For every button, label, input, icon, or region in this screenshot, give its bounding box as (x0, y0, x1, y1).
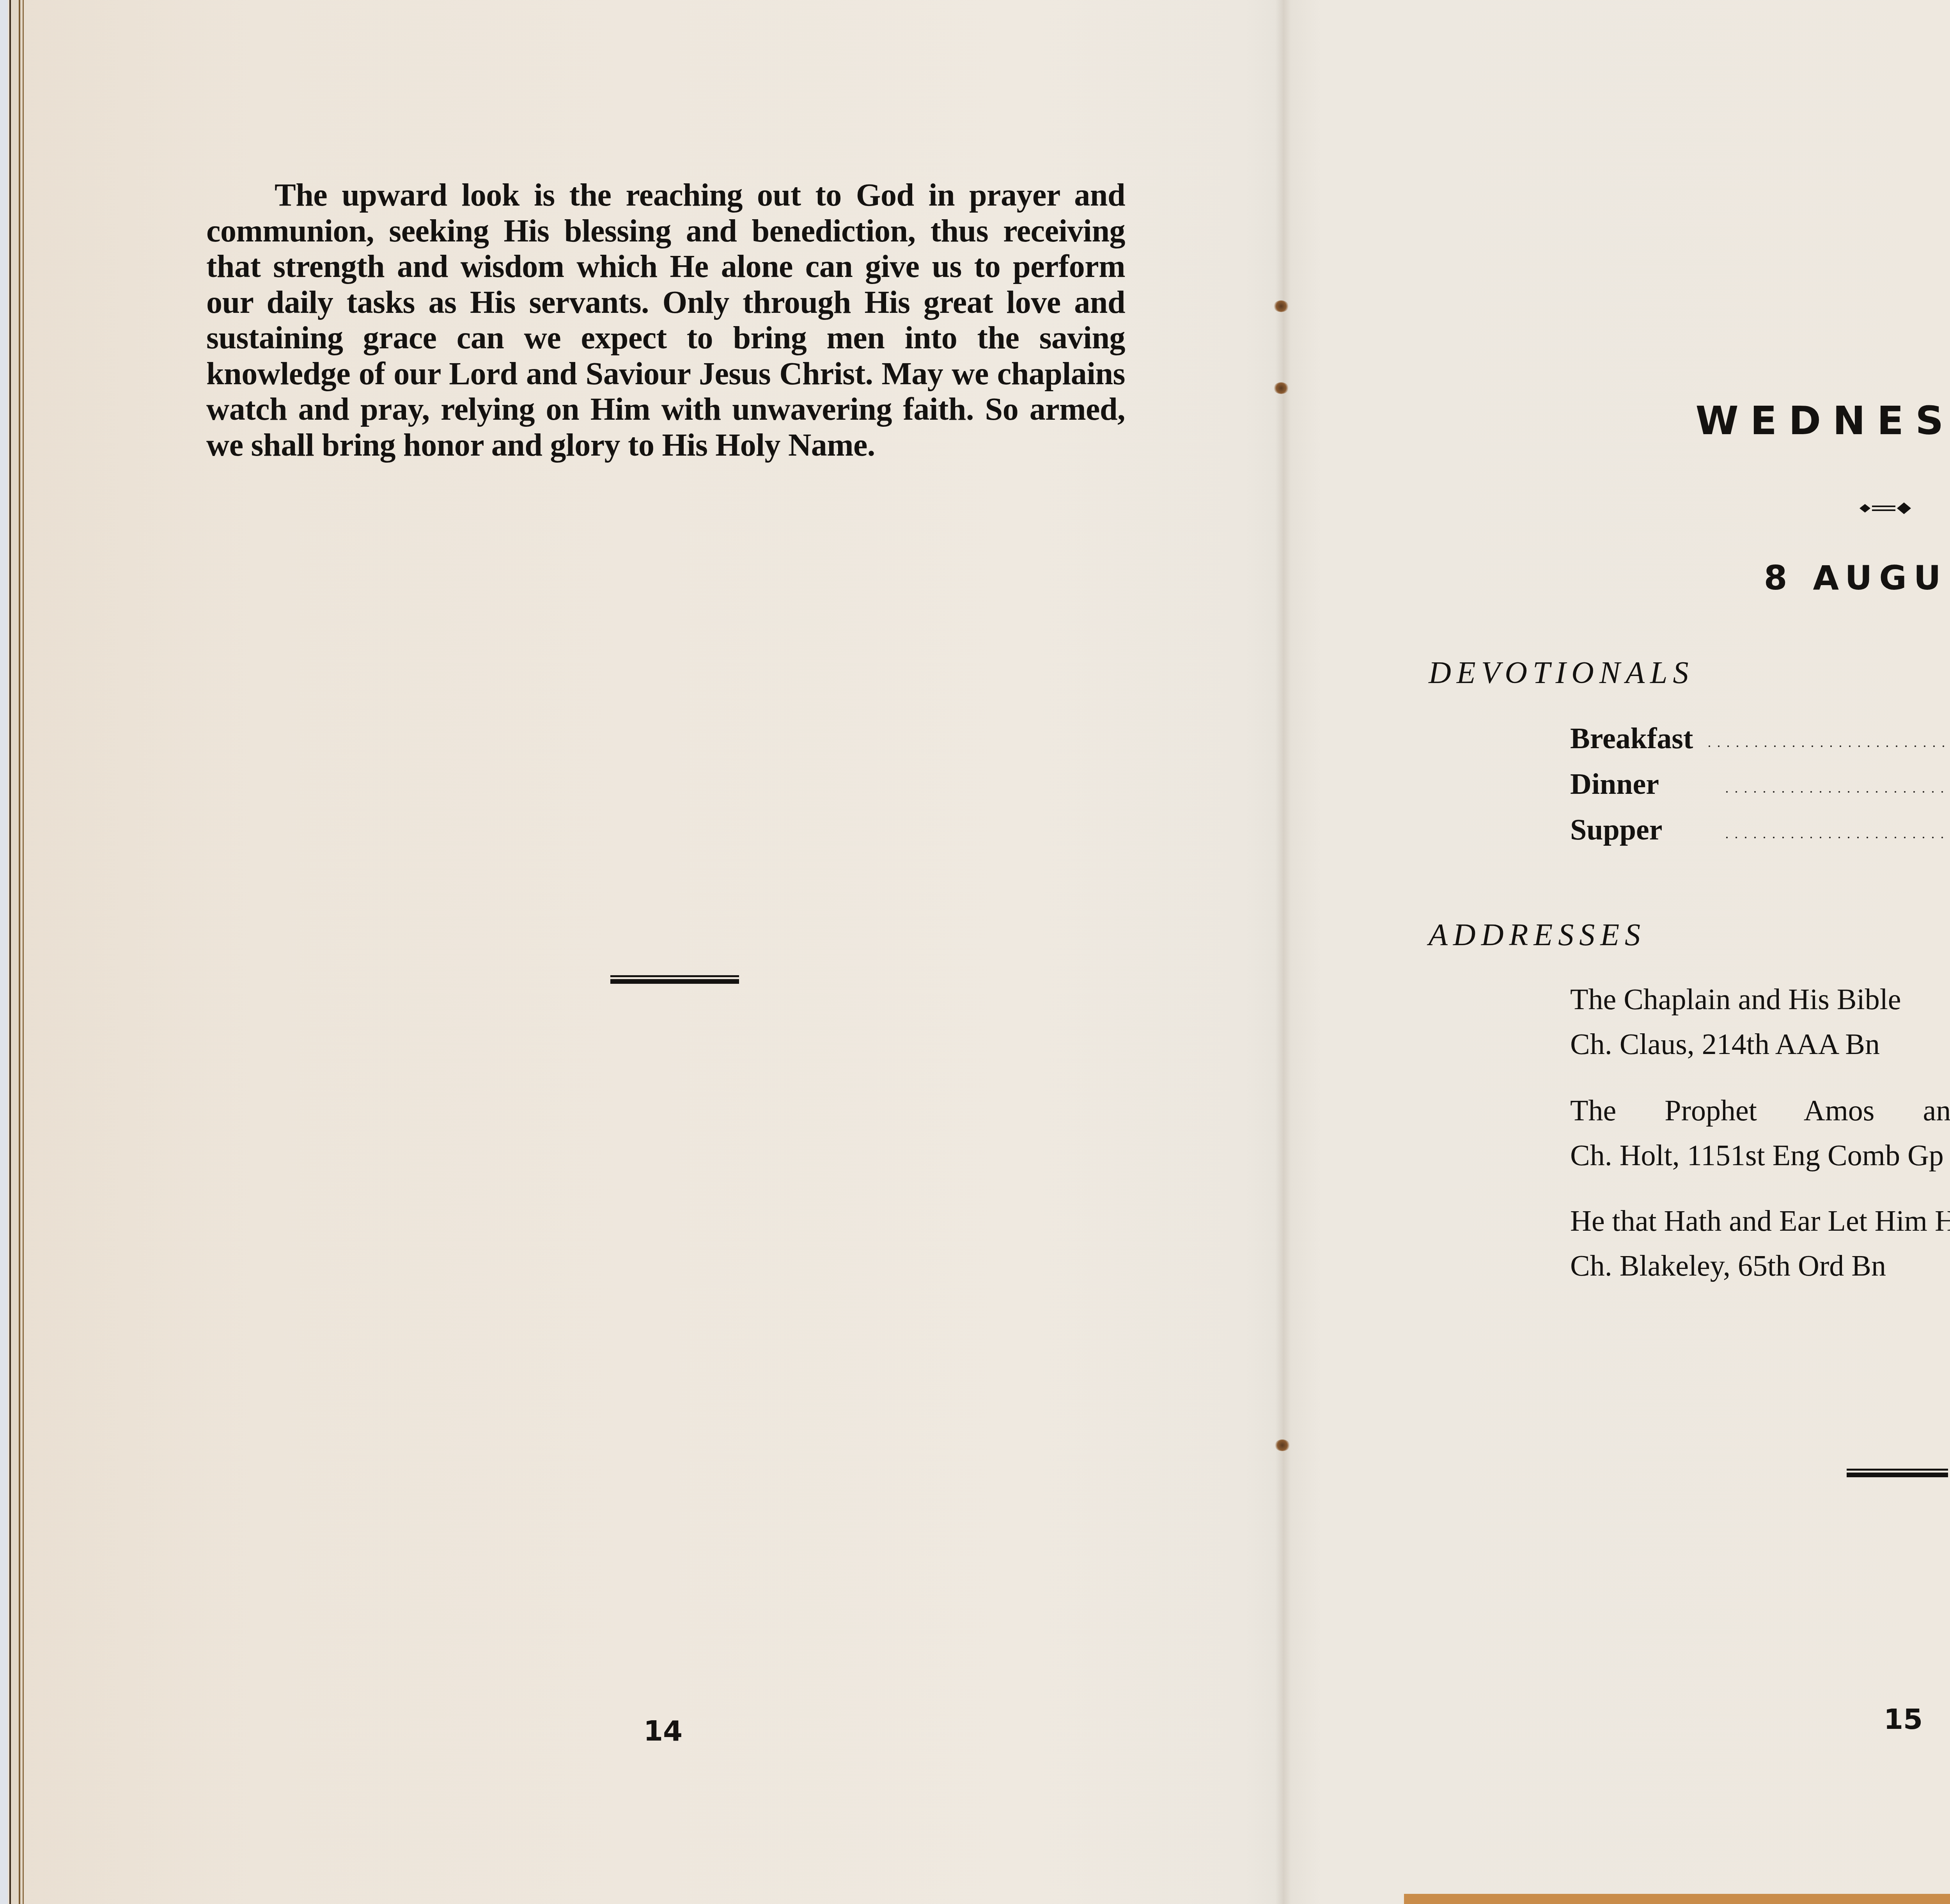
page-stack-edge (9, 0, 24, 1904)
address-item: The Prophet Amos and the Chaplain Ch. Ho… (1570, 1088, 1950, 1178)
devotional-row: Dinner Ch. Marwede (1570, 767, 1950, 802)
address-item: The Chaplain and His Bible Ch. Claus, 21… (1570, 977, 1950, 1067)
dot-leader (1722, 836, 1950, 839)
ornament-divider-icon (1856, 499, 1919, 518)
devotional-row: Breakfast Ch. Canis (1570, 721, 1950, 756)
staple-bottom (1275, 1439, 1290, 1451)
meal-name: Dinner (1570, 767, 1659, 802)
devotional-row: Supper Ch. Laphew (1570, 812, 1950, 847)
addresses-label: ADDRESSES (1429, 917, 1646, 953)
section-divider (610, 975, 739, 984)
page-bottom-edge (1404, 1894, 1950, 1904)
meal-name: Breakfast (1570, 721, 1693, 756)
address-speaker: Ch. Claus, 214th AAA Bn (1570, 1022, 1950, 1067)
dot-leader (1705, 745, 1950, 747)
address-item: He that Hath and Ear Let Him Hear Ch. Bl… (1570, 1199, 1950, 1288)
background-strip (0, 0, 8, 1904)
meal-name: Supper (1570, 812, 1663, 847)
staple-top (1273, 300, 1289, 312)
address-title: He that Hath and Ear Let Him Hear (1570, 1199, 1950, 1244)
address-speaker: Ch. Blakeley, 65th Ord Bn (1570, 1244, 1950, 1288)
address-title: The Prophet Amos and the Chaplain (1570, 1088, 1950, 1133)
page-number: 15 (1884, 1703, 1923, 1735)
page-stack-edge-line (19, 0, 20, 1904)
book-spine (1275, 0, 1291, 1904)
address-title: The Chaplain and His Bible (1570, 977, 1950, 1022)
day-heading: WEDNESDAY (1691, 398, 1950, 444)
staple-middle (1273, 382, 1289, 394)
body-paragraph: The upward look is the reaching out to G… (206, 177, 1125, 463)
left-page: The upward look is the reaching out to G… (0, 0, 1283, 1904)
section-divider (1847, 1469, 1948, 1477)
address-speaker: Ch. Holt, 1151st Eng Comb Gp (1570, 1133, 1950, 1178)
page-number: 14 (643, 1714, 682, 1747)
date-heading: 8 AUGUST (1730, 559, 1950, 598)
devotionals-label: DEVOTIONALS (1429, 655, 1694, 691)
dot-leader (1722, 791, 1950, 793)
